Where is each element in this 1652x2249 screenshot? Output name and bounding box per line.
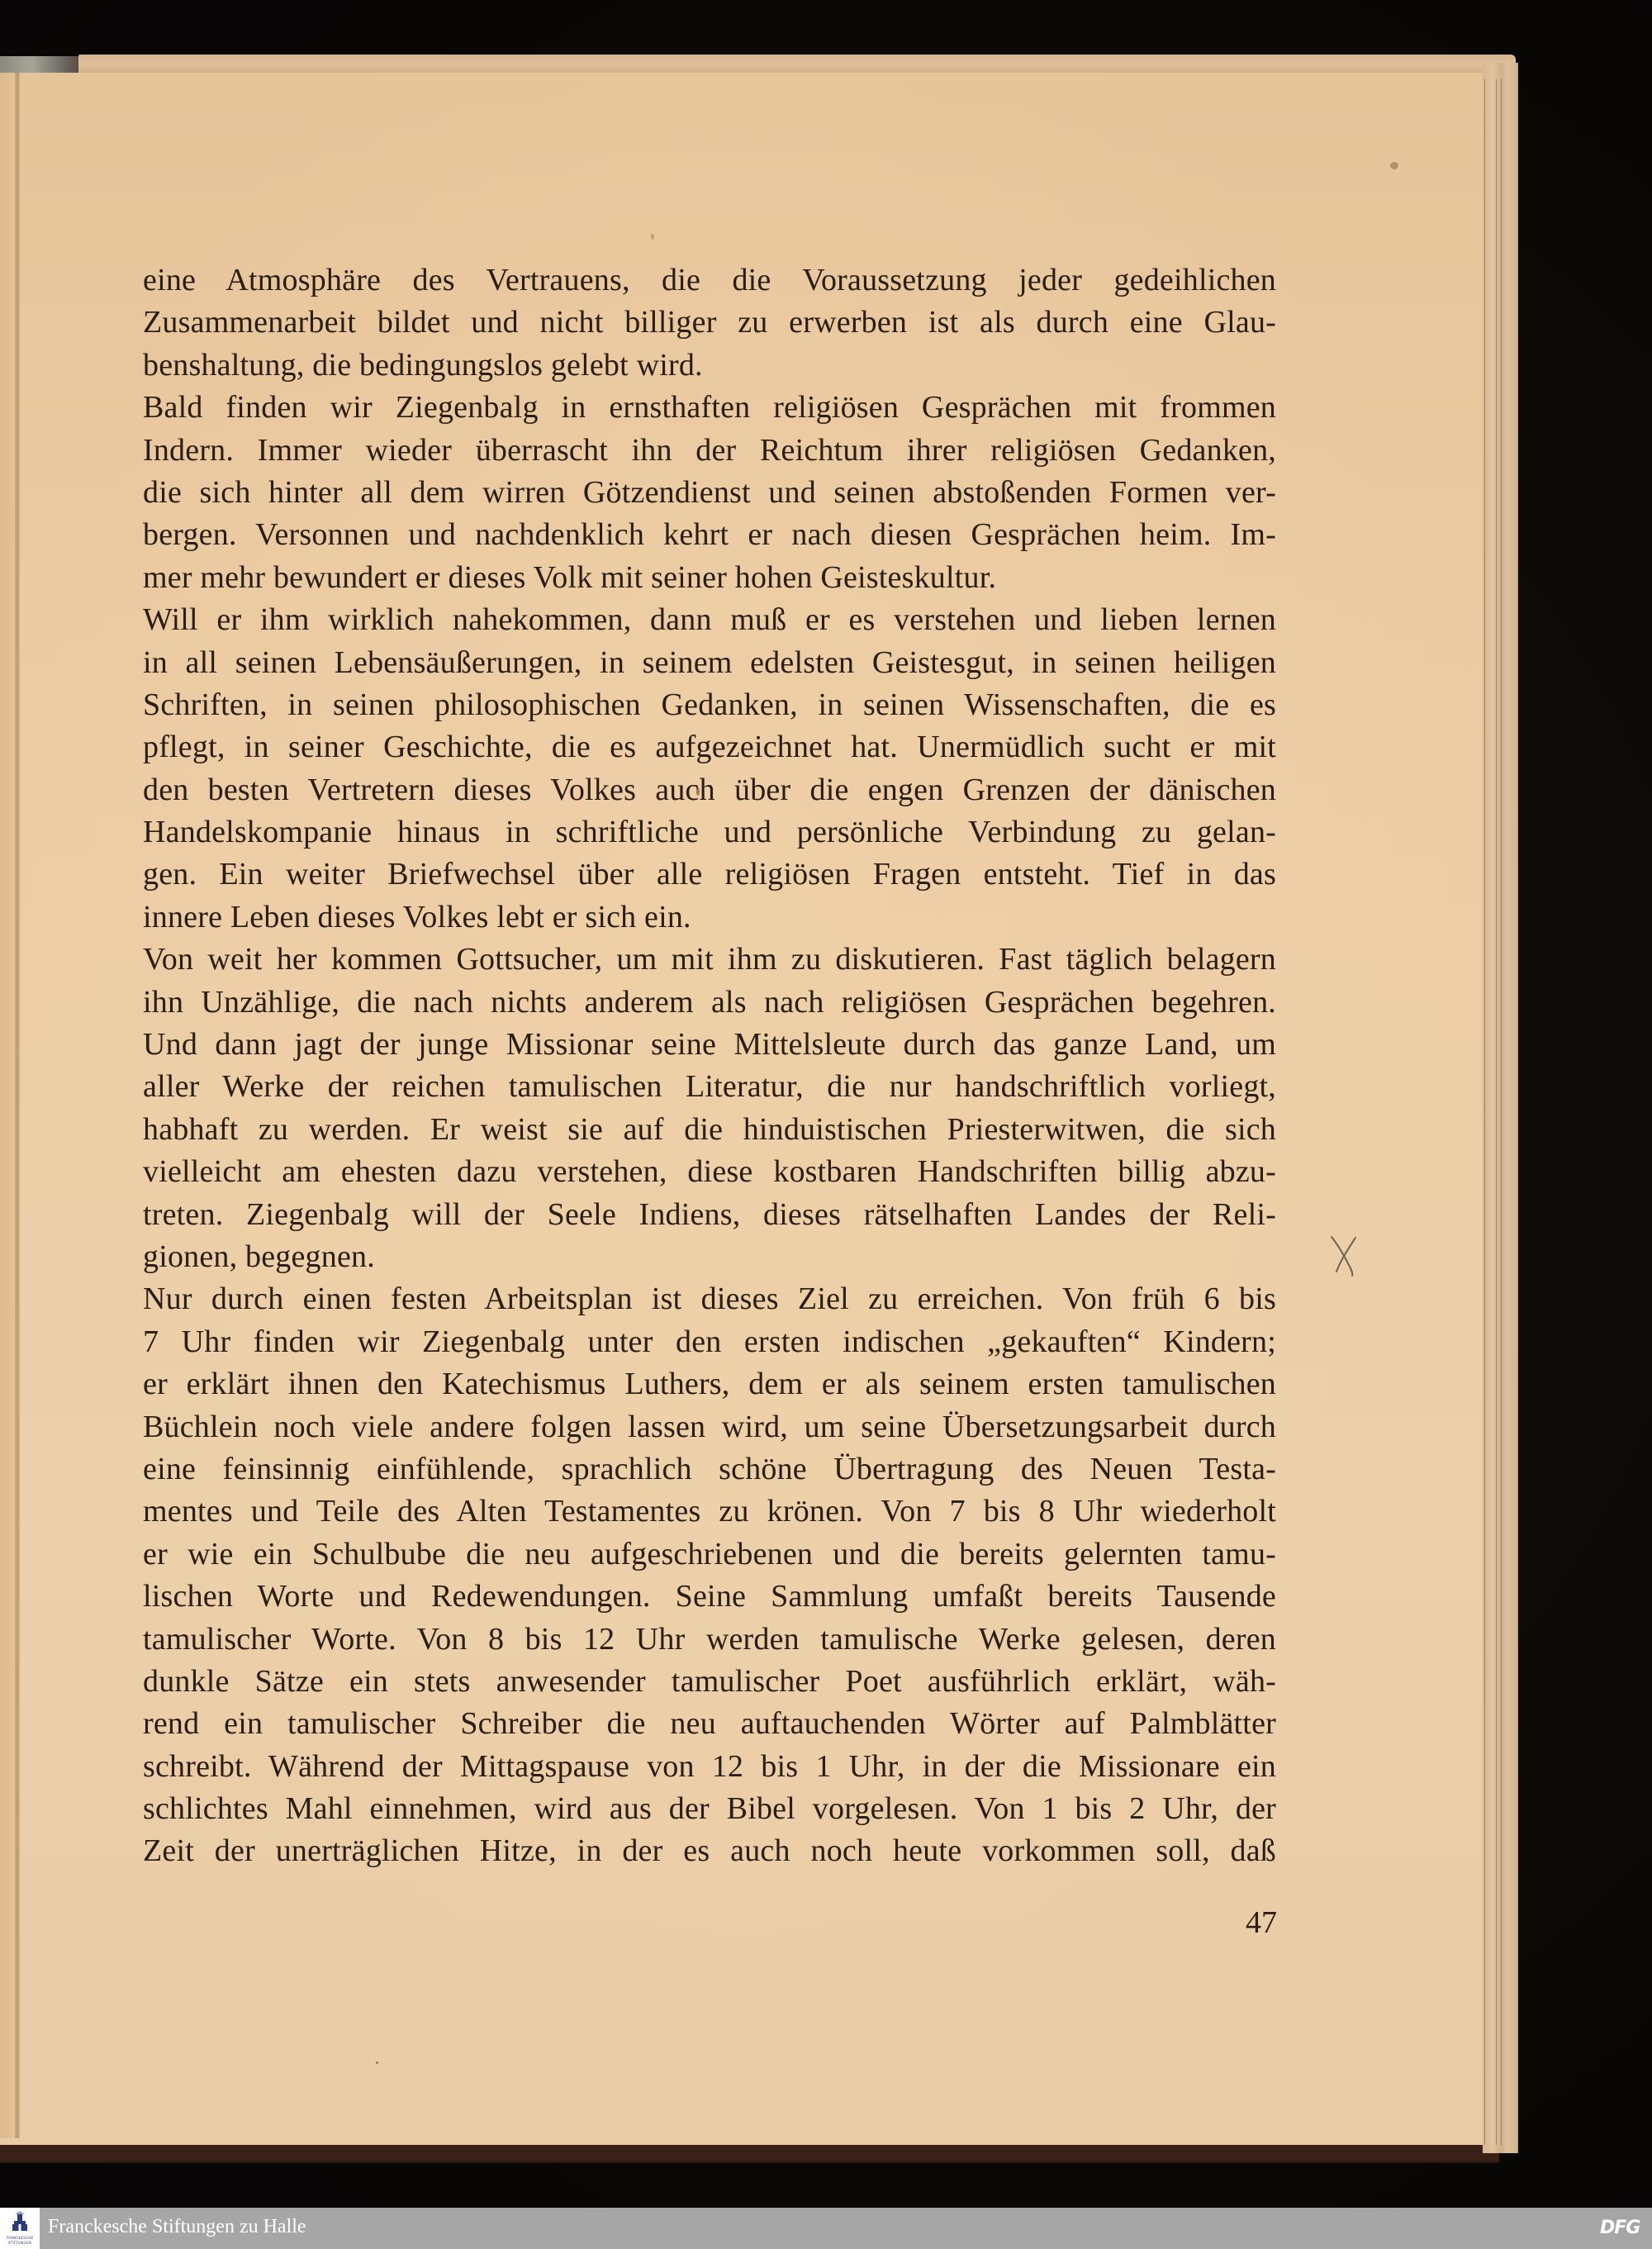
text-line: Bald finden wir Ziegenbalg in ernsthafte… — [143, 387, 1276, 429]
text-line: mer mehr bewundert er dieses Volk mit se… — [143, 557, 1276, 599]
paper-stain — [376, 2061, 378, 2064]
text-line: Und dann jagt der junge Missionar seine … — [143, 1024, 1276, 1066]
text-line: Zusammenarbeit bildet und nicht billiger… — [143, 302, 1276, 344]
pencil-x-mark-icon — [1330, 1235, 1356, 1277]
text-line: er wie ein Schulbube die neu aufgeschrie… — [143, 1533, 1276, 1576]
gutter-fold-line — [15, 73, 20, 2138]
text-line: eine Atmosphäre des Vertrauens, die die … — [143, 259, 1276, 302]
text-line: tamulischer Worte. Von 8 bis 12 Uhr werd… — [143, 1619, 1276, 1661]
text-line: bergen. Versonnen und nachdenklich kehrt… — [143, 514, 1276, 556]
body-text: eine Atmosphäre des Vertrauens, die die … — [143, 259, 1276, 1873]
text-line: die sich hinter all dem wirren Götzendie… — [143, 472, 1276, 514]
text-line: Schriften, in seinen philosophischen Ged… — [143, 684, 1276, 726]
text-line: Handelskompanie hinaus in schriftliche u… — [143, 811, 1276, 853]
text-line: Will er ihm wirklich nahekommen, dann mu… — [143, 599, 1276, 641]
text-line: Nur durch einen festen Arbeitsplan ist d… — [143, 1278, 1276, 1320]
page-number: 47 — [1246, 1904, 1277, 1941]
logo-label-line2: STIFTUNGEN — [2, 2241, 38, 2245]
logo-label-line1: FRANCKESCHE — [2, 2236, 38, 2240]
text-line: pflegt, in seiner Geschichte, die es auf… — [143, 726, 1276, 768]
text-line: eine feinsinnig einfühlende, sprachlich … — [143, 1448, 1276, 1491]
page-stack-edge — [1483, 63, 1518, 2153]
gutter-shade — [0, 73, 15, 2138]
text-line: ihn Unzählige, die nach nichts anderem a… — [143, 982, 1276, 1024]
text-line: innere Leben dieses Volkes lebt er sich … — [143, 896, 1276, 939]
text-line: dunkle Sätze ein stets anwesender tamuli… — [143, 1661, 1276, 1703]
page-top-edge — [78, 55, 1516, 74]
dfg-logo[interactable]: DFG — [1600, 2218, 1640, 2238]
paper-stain — [651, 234, 654, 240]
spine-binding-strip — [0, 56, 78, 74]
franckesche-stiftungen-logo[interactable]: FRANCKESCHE STIFTUNGEN — [0, 2208, 40, 2249]
text-line: mentes und Teile des Alten Testamentes z… — [143, 1491, 1276, 1533]
text-line: gen. Ein weiter Briefwechsel über alle r… — [143, 853, 1276, 896]
text-line: schlichtes Mahl einnehmen, wird aus der … — [143, 1788, 1276, 1830]
text-line: vielleicht am ehesten dazu verstehen, di… — [143, 1151, 1276, 1193]
text-line: treten. Ziegenbalg will der Seele Indien… — [143, 1194, 1276, 1236]
text-line: in all seinen Lebensäußerungen, in seine… — [143, 642, 1276, 684]
text-line: den besten Vertretern dieses Volkes auch… — [143, 769, 1276, 811]
text-line: gionen, begegnen. — [143, 1236, 1276, 1278]
text-line: lischen Worte und Redewendungen. Seine S… — [143, 1576, 1276, 1618]
text-line: Büchlein noch viele andere folgen lassen… — [143, 1406, 1276, 1448]
institution-name[interactable]: Franckesche Stiftungen zu Halle — [48, 2216, 306, 2238]
building-icon — [0, 2208, 40, 2236]
text-line: benshaltung, die bedingungslos gelebt wi… — [143, 345, 1276, 387]
text-line: aller Werke der reichen tamulischen Lite… — [143, 1066, 1276, 1108]
footer-bar: FRANCKESCHE STIFTUNGEN Franckesche Stift… — [0, 2208, 1652, 2249]
text-line: er erklärt ihnen den Katechismus Luthers… — [143, 1363, 1276, 1405]
text-line: habhaft zu werden. Er weist sie auf die … — [143, 1109, 1276, 1151]
text-line: rend ein tamulischer Schreiber die neu a… — [143, 1703, 1276, 1745]
text-line: Zeit der unerträglichen Hitze, in der es… — [143, 1830, 1276, 1872]
text-line: 7 Uhr finden wir Ziegenbalg unter den er… — [143, 1321, 1276, 1363]
paper-stain — [1390, 162, 1398, 169]
text-line: Von weit her kommen Gottsucher, um mit i… — [143, 939, 1276, 981]
text-line: schreibt. Während der Mittagspause von 1… — [143, 1746, 1276, 1788]
text-line: Indern. Immer wieder überrascht ihn der … — [143, 430, 1276, 472]
